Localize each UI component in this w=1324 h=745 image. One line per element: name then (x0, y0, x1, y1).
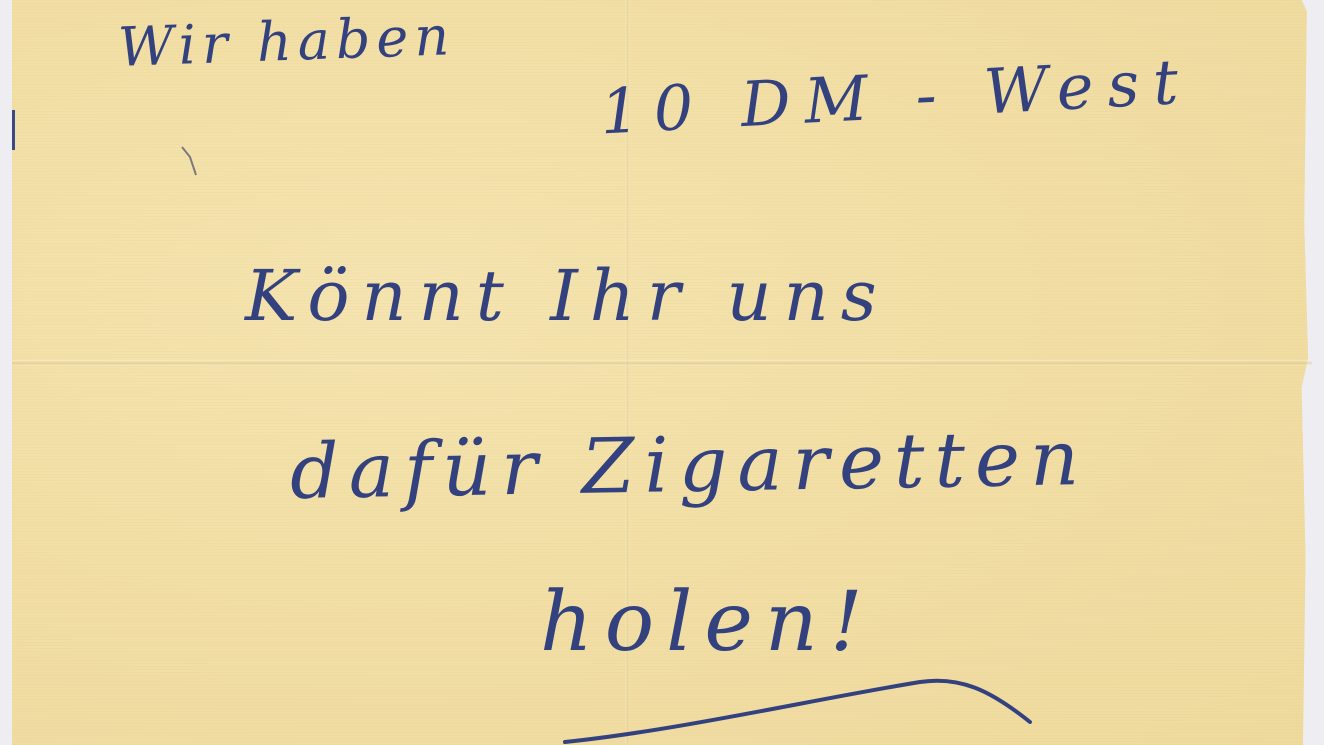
horizontal-fold-crease (12, 360, 1312, 366)
underline-stroke (560, 670, 1040, 745)
ink-mark-left-edge (12, 110, 15, 150)
note-line-5: holen! (540, 575, 875, 670)
note-line-1: Wir haben (117, 4, 456, 79)
note-line-4: dafür Zigaretten (289, 413, 1089, 516)
note-line-3: Könnt Ihr uns (245, 255, 889, 337)
scanned-document: Wir haben 10 DM - West Könnt Ihr uns daf… (0, 0, 1324, 745)
stray-ink-mark (180, 145, 210, 185)
